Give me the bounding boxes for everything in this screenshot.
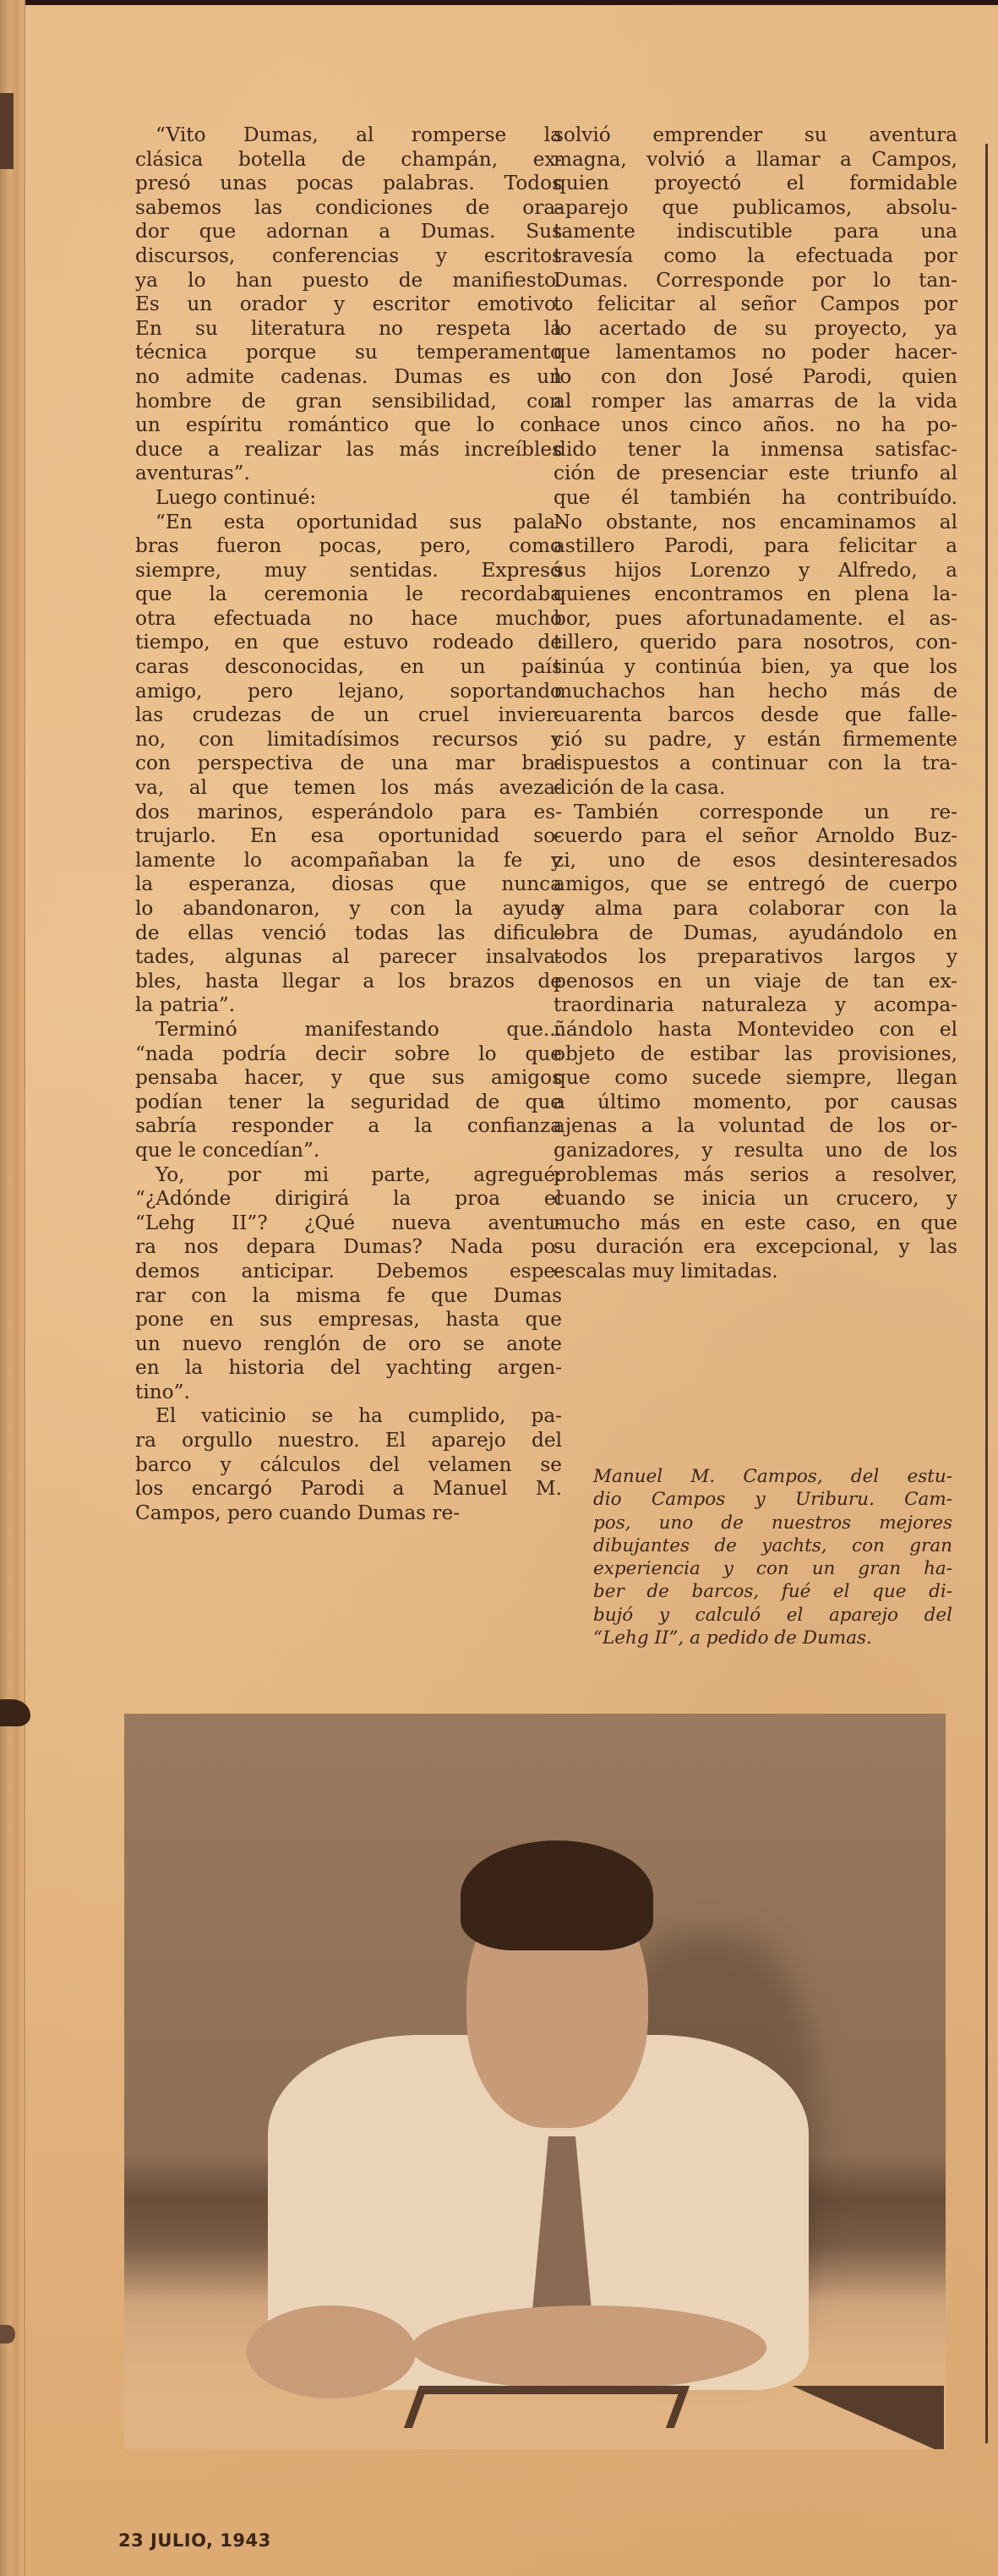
text-line: ción de presenciar este triunfo al bbox=[554, 462, 957, 486]
text-line: escalas muy limitadas. bbox=[554, 1260, 957, 1284]
text-line: muchachos han hecho más de bbox=[554, 680, 957, 704]
text-line: tinúa y continúa bien, ya que los bbox=[554, 655, 957, 680]
caption-line: dio Campos y Uriburu. Cam- bbox=[593, 1488, 952, 1511]
text-line: no, con limitadísimos recursos y bbox=[135, 728, 562, 752]
text-line: de ellas venció todas las dificul- bbox=[135, 922, 562, 946]
text-line: tino”. bbox=[135, 1381, 562, 1405]
page-top-edge bbox=[0, 0, 998, 5]
text-line: que le concedían”. bbox=[135, 1139, 562, 1163]
text-line: El vaticinio se ha cumplido, pa- bbox=[135, 1404, 562, 1429]
text-line: dor que adornan a Dumas. Sus bbox=[135, 220, 562, 244]
text-line: siempre, muy sentidas. Expresó bbox=[135, 559, 562, 583]
text-line: amigo, pero lejano, soportando bbox=[135, 680, 562, 704]
text-line: No obstante, nos encaminamos al bbox=[554, 511, 957, 535]
text-line: “Lehg II”? ¿Qué nueva aventu- bbox=[135, 1211, 562, 1236]
text-line: con perspectiva de una mar bra- bbox=[135, 752, 562, 776]
text-line: tillero, querido para nosotros, con- bbox=[554, 631, 957, 655]
text-line: travesía como la efectuada por bbox=[554, 244, 957, 269]
text-line: ganizadores, y resulta uno de los bbox=[554, 1139, 957, 1163]
text-line: a último momento, por causas bbox=[554, 1091, 957, 1115]
text-line: solvió emprender su aventura bbox=[554, 123, 957, 148]
text-line: bles, hasta llegar a los brazos de bbox=[135, 970, 562, 994]
text-line: la esperanza, diosas que nunca bbox=[135, 872, 562, 897]
text-line: clásica botella de champán, ex- bbox=[135, 148, 562, 172]
text-line: ya lo han puesto de manifiesto. bbox=[135, 269, 562, 293]
text-line: barco y cálculos del velamen se bbox=[135, 1453, 562, 1478]
text-line: va, al que temen los más aveza- bbox=[135, 776, 562, 801]
text-line: pone en sus empresas, hasta que bbox=[135, 1308, 562, 1332]
text-line: cuando se inicia un crucero, y bbox=[554, 1187, 957, 1211]
text-line: ra nos depara Dumas? Nada po- bbox=[135, 1235, 562, 1260]
text-line: quien proyectó el formidable bbox=[554, 172, 957, 196]
text-line: los encargó Parodi a Manuel M. bbox=[135, 1477, 562, 1501]
text-line: ajenas a la voluntad de los or- bbox=[554, 1114, 957, 1139]
text-line: “nada podría decir sobre lo que bbox=[135, 1042, 562, 1067]
caption-line: pos, uno de nuestros mejores bbox=[593, 1512, 952, 1534]
text-line: tades, algunas al parecer insalva- bbox=[135, 945, 562, 970]
photo-right-arm bbox=[412, 2305, 766, 2390]
text-line: “¿Adónde dirigirá la proa el bbox=[135, 1187, 562, 1211]
text-line: objeto de estibar las provisiones, bbox=[554, 1042, 957, 1067]
text-line: lo abandonaron, y con la ayuda bbox=[135, 897, 562, 922]
text-line: to felicitar al señor Campos por bbox=[554, 293, 957, 317]
article-paragraph: Luego continué: bbox=[135, 486, 562, 511]
text-line: Dumas. Corresponde por lo tan- bbox=[554, 269, 957, 293]
text-line: penosos en un viaje de tan ex- bbox=[554, 970, 957, 994]
text-line: ció su padre, y están firmemente bbox=[554, 728, 957, 752]
text-line: duce a realizar las más increíbles bbox=[135, 438, 562, 462]
caption-line: “Lehg II”, a pedido de Dumas. bbox=[593, 1627, 952, 1649]
text-line: “En esta oportunidad sus pala- bbox=[135, 511, 562, 535]
text-line: amigos, que se entregó de cuerpo bbox=[554, 872, 957, 897]
article-paragraph: También corresponde un re-cuerdo para el… bbox=[554, 801, 957, 1284]
text-line: y alma para colaborar con la bbox=[554, 897, 957, 922]
text-line: rar con la misma fe que Dumas bbox=[135, 1284, 562, 1309]
caption-line: experiencia y con un gran ha- bbox=[593, 1557, 952, 1580]
text-line: quienes encontramos en plena la- bbox=[554, 582, 957, 607]
column-rule bbox=[985, 144, 988, 2443]
text-line: lo con don José Parodi, quien bbox=[554, 365, 957, 390]
paper-tear bbox=[0, 2325, 15, 2344]
text-line: lamente lo acompañaban la fe y bbox=[135, 849, 562, 873]
text-line: astillero Parodi, para felicitar a bbox=[554, 534, 957, 559]
article-paragraph: solvió emprender su aventuramagna, volvi… bbox=[554, 123, 957, 801]
text-line: dido tener la inmensa satisfac- bbox=[554, 438, 957, 462]
text-line: discursos, conferencias y escritos bbox=[135, 244, 562, 269]
text-line: También corresponde un re- bbox=[554, 801, 957, 825]
text-line: ñándolo hasta Montevideo con el bbox=[554, 1018, 957, 1042]
article-paragraph: El vaticinio se ha cumplido, pa-ra orgul… bbox=[135, 1404, 562, 1525]
caption-line: bujó y calculó el aparejo del bbox=[593, 1604, 952, 1627]
text-line: hace unos cinco años. no ha po- bbox=[554, 413, 957, 438]
text-line: dispuestos a continuar con la tra- bbox=[554, 752, 957, 776]
text-line: las crudezas de un cruel invier- bbox=[135, 703, 562, 728]
text-line: un espíritu romántico que lo con- bbox=[135, 413, 562, 438]
text-line: un nuevo renglón de oro se anote bbox=[135, 1332, 562, 1357]
article-paragraph: Terminó manifestando que...“nada podría … bbox=[135, 1018, 562, 1163]
photo-left-arm bbox=[247, 2305, 416, 2398]
text-line: magna, volvió a llamar a Campos, bbox=[554, 148, 957, 172]
text-line: tiempo, en que estuvo rodeado de bbox=[135, 631, 562, 655]
left-column: “Vito Dumas, al romperse laclásica botel… bbox=[135, 123, 562, 1525]
text-line: ra orgullo nuestro. El aparejo del bbox=[135, 1429, 562, 1453]
text-line: traordinaria naturaleza y acompa- bbox=[554, 993, 957, 1018]
text-line: caras desconocidas, en un país bbox=[135, 655, 562, 680]
text-line: todos los preparativos largos y bbox=[554, 945, 957, 970]
article-paragraph: Yo, por mi parte, agregué:“¿Adónde dirig… bbox=[135, 1163, 562, 1405]
photo-drawing-mark bbox=[404, 2386, 690, 2428]
caption-line: ber de barcos, fué el que di- bbox=[593, 1580, 952, 1603]
text-line: que lamentamos no poder hacer- bbox=[554, 341, 957, 365]
text-line: otra efectuada no hace mucho bbox=[135, 607, 562, 632]
text-line: presó unas pocas palabras. Todos bbox=[135, 172, 562, 196]
text-line: que él también ha contribuído. bbox=[554, 486, 957, 511]
text-line: problemas más serios a resolver, bbox=[554, 1163, 957, 1188]
text-line: sabemos las condiciones de ora- bbox=[135, 196, 562, 221]
caption-line: dibujantes de yachts, con gran bbox=[593, 1534, 952, 1557]
text-line: la patria”. bbox=[135, 993, 562, 1018]
text-line: que como sucede siempre, llegan bbox=[554, 1066, 957, 1091]
text-line: Yo, por mi parte, agregué: bbox=[135, 1163, 562, 1188]
text-line: dos marinos, esperándolo para es- bbox=[135, 801, 562, 825]
text-line: cuarenta barcos desde que falle- bbox=[554, 703, 957, 728]
text-line: bor, pues afortunadamente. el as- bbox=[554, 607, 957, 632]
text-line: hombre de gran sensibilidad, con bbox=[135, 390, 562, 414]
caption-line: Manuel M. Campos, del estu- bbox=[593, 1465, 952, 1488]
issue-date: 23 JULIO, 1943 bbox=[118, 2530, 271, 2551]
binding-shadow bbox=[0, 93, 14, 169]
text-line: aparejo que publicamos, absolu- bbox=[554, 196, 957, 221]
text-line: tamente indiscutible para una bbox=[554, 220, 957, 244]
text-line: lo acertado de su proyecto, ya bbox=[554, 317, 957, 342]
text-line: que la ceremonia le recordaba bbox=[135, 582, 562, 607]
text-line: Campos, pero cuando Dumas re- bbox=[135, 1501, 562, 1526]
text-line: En su literatura no respeta la bbox=[135, 317, 562, 342]
article-paragraph: “Vito Dumas, al romperse laclásica botel… bbox=[135, 123, 562, 486]
text-line: trujarlo. En esa oportunidad so- bbox=[135, 824, 562, 849]
text-line: Luego continué: bbox=[135, 486, 562, 511]
text-line: su duración era excepcional, y las bbox=[554, 1235, 957, 1260]
text-line: dición de la casa. bbox=[554, 776, 957, 801]
photo-drawing-mark bbox=[792, 2386, 944, 2449]
text-line: obra de Dumas, ayudándolo en bbox=[554, 922, 957, 946]
text-line: mucho más en este caso, en que bbox=[554, 1211, 957, 1236]
text-line: al romper las amarras de la vida bbox=[554, 390, 957, 414]
text-line: aventuras”. bbox=[135, 462, 562, 486]
text-line: demos anticipar. Debemos espe- bbox=[135, 1260, 562, 1284]
text-line: sus hijos Lorenzo y Alfredo, a bbox=[554, 559, 957, 583]
photo-hair bbox=[461, 1840, 653, 1950]
page-binding bbox=[0, 0, 25, 2576]
text-line: Terminó manifestando que... bbox=[135, 1018, 562, 1042]
text-line: no admite cadenas. Dumas es un bbox=[135, 365, 562, 390]
text-line: podían tener la seguridad de que bbox=[135, 1091, 562, 1115]
article-paragraph: “En esta oportunidad sus pala-bras fuero… bbox=[135, 511, 562, 1018]
right-column: solvió emprender su aventuramagna, volvi… bbox=[554, 123, 957, 1284]
text-line: en la historia del yachting argen- bbox=[135, 1356, 562, 1381]
text-line: sabría responder a la confianza bbox=[135, 1114, 562, 1139]
text-line: bras fueron pocas, pero, como bbox=[135, 534, 562, 559]
text-line: Es un orador y escritor emotivo. bbox=[135, 293, 562, 317]
text-line: técnica porque su temperamento bbox=[135, 341, 562, 365]
text-line: “Vito Dumas, al romperse la bbox=[135, 123, 562, 148]
photo-caption: Manuel M. Campos, del estu-dio Campos y … bbox=[593, 1465, 952, 1649]
text-line: zi, uno de esos desinteresados bbox=[554, 849, 957, 873]
text-line: cuerdo para el señor Arnoldo Buz- bbox=[554, 824, 957, 849]
portrait-photo bbox=[124, 1714, 946, 2449]
text-line: pensaba hacer, y que sus amigos bbox=[135, 1066, 562, 1091]
